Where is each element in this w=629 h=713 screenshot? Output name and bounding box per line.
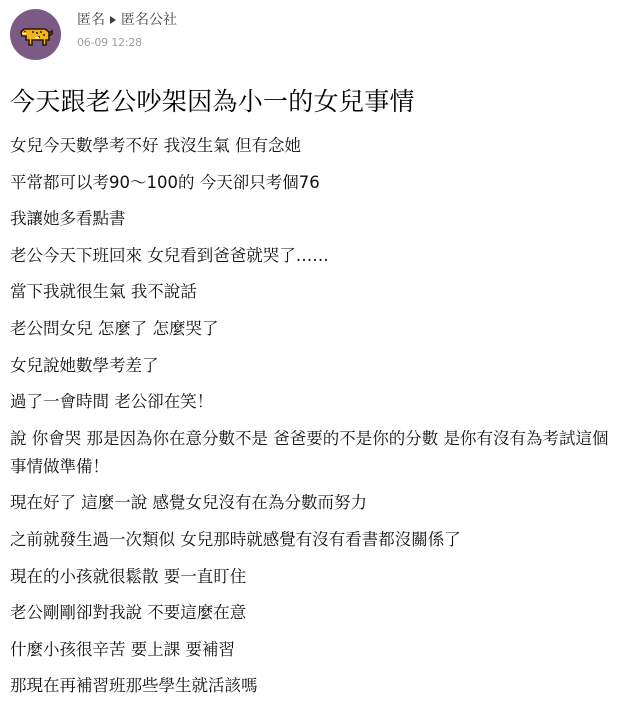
post-paragraph: 老公剛剛卻對我說 不要這麼在意	[10, 599, 622, 627]
author-name[interactable]: 匿名	[77, 10, 105, 30]
post-timestamp: 06-09 12:28	[77, 36, 177, 50]
post-paragraph: 現在的小孩就很鬆散 要一直盯住	[10, 563, 622, 591]
post-paragraph: 之前就發生過一次類似 女兒那時就感覺有沒有看書都沒關係了	[10, 526, 622, 554]
post-paragraph: 現在好了 這麼一說 感覺女兒沒有在為分數而努力	[10, 489, 622, 517]
author-line: 匿名 匿名公社	[77, 10, 177, 30]
post-paragraph: 女兒今天數學考不好 我沒生氣 但有念她	[10, 132, 622, 160]
post-paragraph: 平常都可以考90～100的 今天卻只考個76	[10, 169, 622, 197]
post-paragraph: 什麼小孩很辛苦 要上課 要補習	[10, 636, 622, 664]
post-title: 今天跟老公吵架因為小一的女兒事情	[10, 84, 415, 120]
post-header: 匿名 匿名公社 06-09 12:28	[10, 9, 177, 60]
post-meta: 匿名 匿名公社 06-09 12:28	[77, 10, 177, 50]
post-body: 女兒今天數學考不好 我沒生氣 但有念她 平常都可以考90～100的 今天卻只考個…	[10, 132, 622, 709]
leopard-icon	[18, 20, 54, 50]
post-paragraph: 過了一會時間 老公卻在笑！	[10, 388, 622, 416]
post-paragraph: 女兒說她數學考差了	[10, 352, 622, 380]
post-paragraph: 老公問女兒 怎麼了 怎麼哭了	[10, 315, 622, 343]
avatar[interactable]	[10, 9, 61, 60]
post-paragraph: 說 你會哭 那是因為你在意分數不是 爸爸要的不是你的分數 是你有沒有為考試這個事…	[10, 425, 622, 481]
post-paragraph: 那現在再補習班那些學生就活該嗎	[10, 672, 622, 700]
post-paragraph: 老公今天下班回來 女兒看到爸爸就哭了……	[10, 242, 622, 270]
post-paragraph: 當下我就很生氣 我不說話	[10, 278, 622, 306]
post-paragraph: 我讓她多看點書	[10, 205, 622, 233]
board-name[interactable]: 匿名公社	[121, 10, 177, 30]
arrow-right-icon	[110, 16, 116, 24]
